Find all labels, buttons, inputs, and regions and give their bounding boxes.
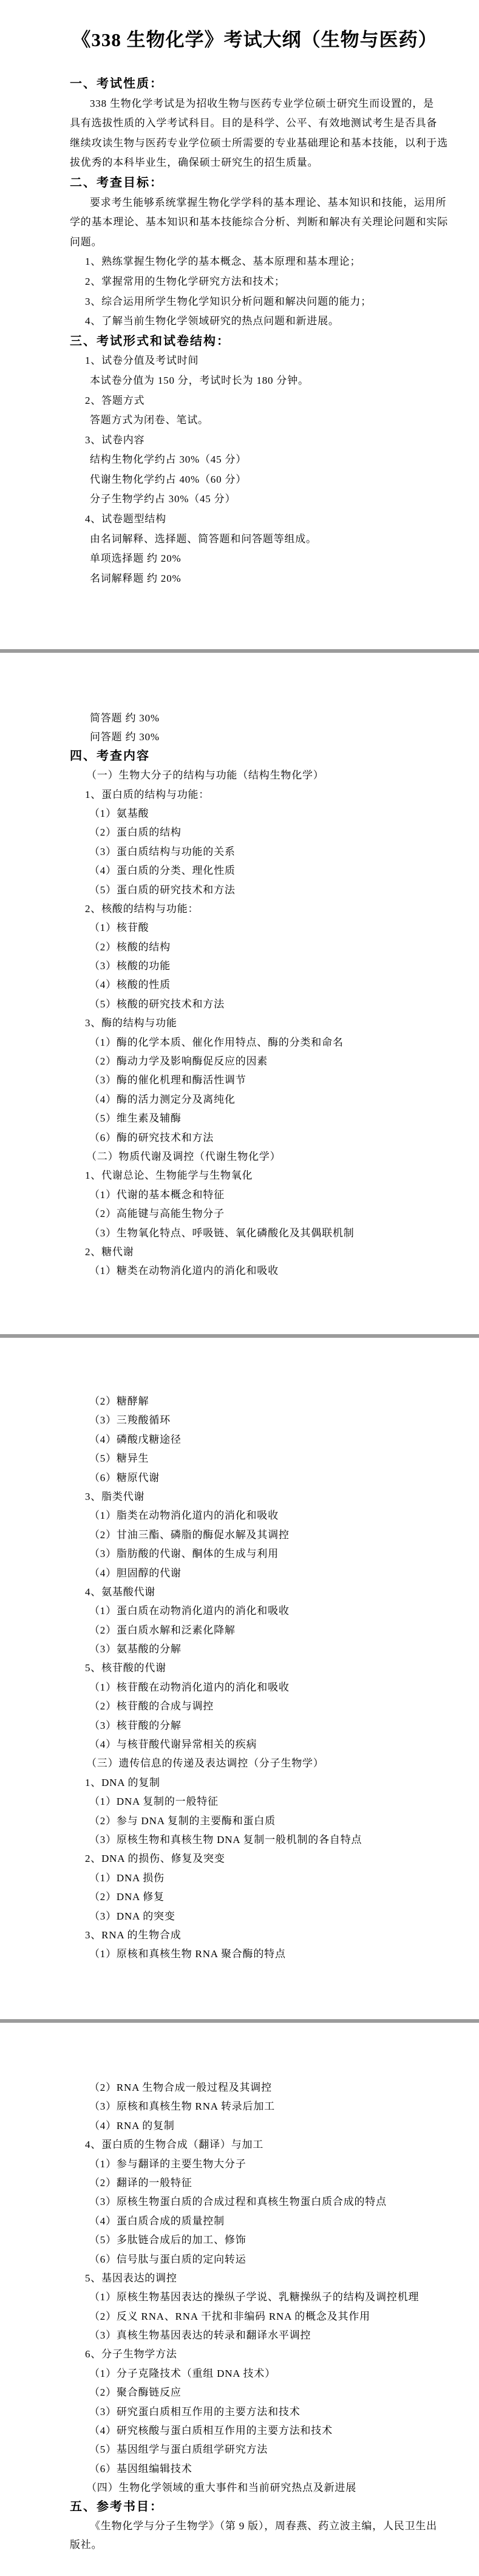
doc-line: （1）糖类在动物消化道内的消化和吸收 xyxy=(0,1261,479,1280)
doc-line: 338 生物化学考试是为招收生物与医药专业学位硕士研究生而设置的，是 xyxy=(0,94,479,114)
doc-line: 1、熟练掌握生物化学的基本概念、基本原理和基本理论； xyxy=(0,252,479,272)
doc-line: （2）核苷酸的合成与调控 xyxy=(0,1697,479,1716)
doc-line: 2、核酸的结构与功能： xyxy=(0,899,479,918)
doc-line: 4、了解当前生物化学领域研究的热点问题和新进展。 xyxy=(0,312,479,332)
doc-line: 6、分子生物学方法 xyxy=(0,2345,479,2363)
doc-title: 《338 生物化学》考试大纲（生物与医药） xyxy=(15,24,479,52)
doc-line: （5）核酸的研究技术和方法 xyxy=(0,995,479,1014)
doc-line: （4）蛋白质合成的质量控制 xyxy=(0,2212,479,2230)
doc-line: （3）原核生物蛋白质的合成过程和真核生物蛋白质合成的特点 xyxy=(0,2192,479,2211)
doc-line: （1）核苷酸 xyxy=(0,918,479,937)
page-1: 《338 生物化学》考试大纲（生物与医药） 一、考试性质：338 生物化学考试是… xyxy=(0,0,479,649)
doc-line: （4）胆固醇的代谢 xyxy=(0,1564,479,1583)
section-heading: 四、考查内容 xyxy=(0,747,479,766)
doc-line: 问答题 约 30% xyxy=(0,727,479,746)
doc-line: 版社。 xyxy=(0,2535,479,2554)
doc-line: （3）原核生物和真核生物 DNA 复制一般机制的各自特点 xyxy=(0,1830,479,1849)
doc-line: （2）DNA 修复 xyxy=(0,1887,479,1906)
doc-line: 5、基因表达的调控 xyxy=(0,2269,479,2288)
section-heading: 三、考试形式和试卷结构： xyxy=(0,332,479,352)
doc-line: 1、DNA 的复制 xyxy=(0,1773,479,1792)
doc-line: （3）酶的催化机理和酶活性调节 xyxy=(0,1071,479,1089)
page-1-lines: 一、考试性质：338 生物化学考试是为招收生物与医药专业学位硕士研究生而设置的，… xyxy=(0,74,479,588)
doc-line: （3）核苷酸的分解 xyxy=(0,1716,479,1735)
doc-line: 要求考生能够系统掌握生物化学学科的基本理论、基本知识和技能，运用所 xyxy=(0,193,479,213)
doc-line: 分子生物学约占 30%（45 分） xyxy=(0,489,479,509)
doc-line: （1）DNA 损伤 xyxy=(0,1869,479,1887)
page-3: （2）糖酵解（3）三羧酸循环（4）磷酸戊糖途径（5）糖异生（6）糖原代谢3、脂类… xyxy=(0,1338,479,2019)
doc-line: （4）磷酸戊糖途径 xyxy=(0,1430,479,1449)
doc-line: （5）多肽链合成后的加工、修饰 xyxy=(0,2230,479,2249)
doc-line: （2）糖酵解 xyxy=(0,1392,479,1411)
doc-line: （5）蛋白质的研究技术和方法 xyxy=(0,881,479,899)
doc-line: （四）生物化学领域的重大事件和当前研究热点及新进展 xyxy=(0,2478,479,2497)
doc-line: 1、试卷分值及考试时间 xyxy=(0,351,479,371)
doc-line: （2）蛋白质水解和泛素化降解 xyxy=(0,1621,479,1640)
doc-line: （2）蛋白质的结构 xyxy=(0,823,479,842)
doc-line: （3）核酸的功能 xyxy=(0,956,479,975)
doc-line: （1）分子克隆技术（重组 DNA 技术） xyxy=(0,2364,479,2383)
doc-line: 结构生物化学约占 30%（45 分） xyxy=(0,450,479,470)
doc-line: （4）RNA 的复制 xyxy=(0,2116,479,2135)
doc-line: （4）酶的活力测定分及离纯化 xyxy=(0,1090,479,1109)
page-2: 简答题 约 30%问答题 约 30%四、考查内容（一）生物大分子的结构与功能（结… xyxy=(0,653,479,1334)
page-3-lines: （2）糖酵解（3）三羧酸循环（4）磷酸戊糖途径（5）糖异生（6）糖原代谢3、脂类… xyxy=(0,1392,479,1964)
doc-line: （6）酶的研究技术和方法 xyxy=(0,1128,479,1147)
doc-line: 由名词解释、选择题、简答题和问答题等组成。 xyxy=(0,530,479,550)
doc-line: （4）蛋白质的分类、理化性质 xyxy=(0,861,479,880)
section-heading: 二、考查目标： xyxy=(0,173,479,193)
doc-line: 继续攻读生物与医药专业学位硕士所需要的专业基础理论和基本技能，以利于选 xyxy=(0,134,479,154)
doc-line: 5、核苷酸的代谢 xyxy=(0,1658,479,1677)
doc-line: （3）氨基酸的分解 xyxy=(0,1640,479,1658)
doc-line: 具有选拔性质的入学考试科目。目的是科学、公平、有效地测试考生是否具备 xyxy=(0,114,479,134)
doc-line: （2）核酸的结构 xyxy=(0,938,479,956)
doc-line: （2）参与 DNA 复制的主要酶和蛋白质 xyxy=(0,1811,479,1830)
page-4-lines: （2）RNA 生物合成一般过程及其调控（3）原核和真核生物 RNA 转录后加工（… xyxy=(0,2078,479,2555)
doc-line: 4、氨基酸代谢 xyxy=(0,1583,479,1601)
doc-line: （2）RNA 生物合成一般过程及其调控 xyxy=(0,2078,479,2097)
doc-line: （3）三羧酸循环 xyxy=(0,1411,479,1429)
doc-line: （5）基因组学与蛋白质组学研究方法 xyxy=(0,2440,479,2459)
doc-line: （5）糖异生 xyxy=(0,1449,479,1468)
doc-line: （1）脂类在动物消化道内的消化和吸收 xyxy=(0,1506,479,1525)
doc-line: （1）代谢的基本概念和特征 xyxy=(0,1185,479,1204)
doc-line: 名词解释题 约 20% xyxy=(0,569,479,589)
doc-line: （5）维生素及辅酶 xyxy=(0,1109,479,1128)
doc-line: （4）核酸的性质 xyxy=(0,975,479,994)
doc-line: 3、酶的结构与功能 xyxy=(0,1014,479,1032)
doc-line: 《生物化学与分子生物学》（第 9 版），周春燕、药立波主编，人民卫生出 xyxy=(0,2516,479,2535)
doc-line: （1）DNA 复制的一般特征 xyxy=(0,1792,479,1811)
section-heading: 一、考试性质： xyxy=(0,74,479,94)
doc-line: 2、答题方式 xyxy=(0,391,479,411)
doc-line: （2）甘油三酯、磷脂的酶促水解及其调控 xyxy=(0,1525,479,1544)
doc-line: （6）基因组编辑技术 xyxy=(0,2459,479,2478)
doc-line: （2）翻译的一般特征 xyxy=(0,2173,479,2192)
doc-line: 3、脂类代谢 xyxy=(0,1487,479,1506)
section-heading: 五、参考书目： xyxy=(0,2498,479,2516)
doc-line: （1）核苷酸在动物消化道内的消化和吸收 xyxy=(0,1678,479,1697)
doc-line: （三）遗传信息的传递及表达调控（分子生物学） xyxy=(0,1754,479,1773)
doc-line: （2）反义 RNA、RNA 干扰和非编码 RNA 的概念及其作用 xyxy=(0,2307,479,2326)
doc-line: 4、蛋白质的生物合成（翻译）与加工 xyxy=(0,2135,479,2154)
doc-line: 简答题 约 30% xyxy=(0,709,479,727)
doc-line: （3）真核生物基因表达的转录和翻译水平调控 xyxy=(0,2326,479,2345)
doc-line: （3）脂肪酸的代谢、酮体的生成与利用 xyxy=(0,1544,479,1563)
doc-line: 3、综合运用所学生物化学知识分析问题和解决问题的能力； xyxy=(0,292,479,312)
doc-line: 2、掌握常用的生物化学研究方法和技术； xyxy=(0,272,479,292)
doc-line: 代谢生物化学约占 40%（60 分） xyxy=(0,470,479,490)
doc-line: （6）信号肽与蛋白质的定向转运 xyxy=(0,2250,479,2269)
doc-line: （4）与核苷酸代谢异常相关的疾病 xyxy=(0,1735,479,1754)
doc-line: 3、试卷内容 xyxy=(0,431,479,451)
doc-line: 1、蛋白质的结构与功能： xyxy=(0,785,479,804)
doc-line: （6）糖原代谢 xyxy=(0,1468,479,1487)
doc-line: 1、代谢总论、生物能学与生物氧化 xyxy=(0,1166,479,1185)
doc-line: （3）研究蛋白质相互作用的主要方法和技术 xyxy=(0,2402,479,2421)
doc-line: （3）生物氧化特点、呼吸链、氧化磷酸化及其偶联机制 xyxy=(0,1224,479,1242)
doc-line: （3）原核和真核生物 RNA 转录后加工 xyxy=(0,2097,479,2116)
doc-line: 答题方式为闭卷、笔试。 xyxy=(0,411,479,431)
doc-line: （1）酶的化学本质、催化作用特点、酶的分类和命名 xyxy=(0,1033,479,1052)
doc-line: 学的基本理论、基本知识和基本技能综合分析、判断和解决有关理论问题和实际 xyxy=(0,213,479,233)
doc-line: 单项选择题 约 20% xyxy=(0,549,479,569)
doc-line: 拔优秀的本科毕业生，确保硕士研究生的招生质量。 xyxy=(0,153,479,173)
doc-line: 3、RNA 的生物合成 xyxy=(0,1926,479,1944)
doc-line: 2、DNA 的损伤、修复及突变 xyxy=(0,1849,479,1868)
doc-line: （1）原核和真核生物 RNA 聚合酶的特点 xyxy=(0,1944,479,1963)
doc-line: （3）DNA 的突变 xyxy=(0,1907,479,1926)
doc-line: （3）蛋白质结构与功能的关系 xyxy=(0,842,479,861)
doc-line: （一）生物大分子的结构与功能（结构生物化学） xyxy=(0,766,479,785)
doc-line: 2、糖代谢 xyxy=(0,1242,479,1261)
doc-line: 问题。 xyxy=(0,233,479,253)
doc-line: （1）参与翻译的主要生物大分子 xyxy=(0,2155,479,2173)
doc-line: （2）聚合酶链反应 xyxy=(0,2383,479,2402)
doc-line: （1）蛋白质在动物消化道内的消化和吸收 xyxy=(0,1601,479,1620)
doc-line: （2）高能键与高能生物分子 xyxy=(0,1204,479,1223)
doc-line: （2）酶动力学及影响酶促反应的因素 xyxy=(0,1052,479,1071)
doc-line: （1）原核生物基因表达的操纵子学说、乳糖操纵子的结构及调控机理 xyxy=(0,2288,479,2306)
doc-line: 4、试卷题型结构 xyxy=(0,509,479,530)
doc-line: 本试卷分值为 150 分，考试时长为 180 分钟。 xyxy=(0,371,479,391)
doc-line: （二）物质代谢及调控（代谢生物化学） xyxy=(0,1147,479,1166)
doc-line: （4）研究核酸与蛋白质相互作用的主要方法和技术 xyxy=(0,2421,479,2440)
page-4: （2）RNA 生物合成一般过程及其调控（3）原核和真核生物 RNA 转录后加工（… xyxy=(0,2023,479,2576)
doc-line: （1）氨基酸 xyxy=(0,804,479,823)
document-canvas: 《338 生物化学》考试大纲（生物与医药） 一、考试性质：338 生物化学考试是… xyxy=(0,0,479,2576)
page-2-lines: 简答题 约 30%问答题 约 30%四、考查内容（一）生物大分子的结构与功能（结… xyxy=(0,709,479,1281)
